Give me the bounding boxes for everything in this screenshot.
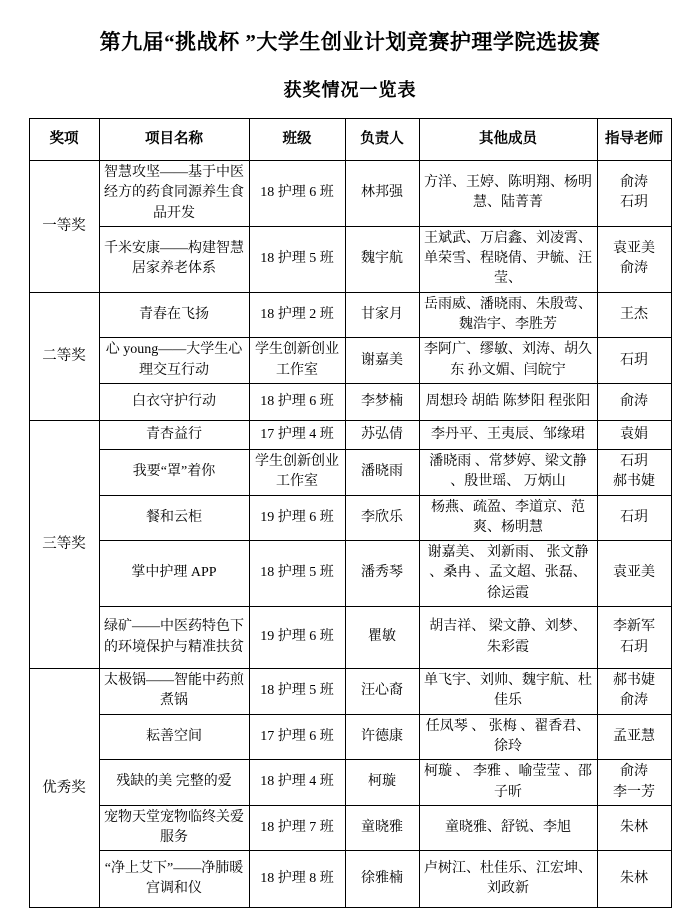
members-cell: 胡吉祥、 梁文静、刘梦、 朱彩霞 <box>419 607 597 669</box>
column-header-6: 指导老师 <box>597 119 671 161</box>
awards-table: 奖项项目名称班级负责人其他成员指导老师 一等奖智慧攻坚——基于中医经方的药食同源… <box>29 118 672 908</box>
award-cell: 三等奖 <box>29 420 99 668</box>
advisor-cell: 李新军 石玥 <box>597 607 671 669</box>
members-cell: 潘晓雨 、常梦婷、梁文静 、殷世瑶、 万炳山 <box>419 449 597 495</box>
leader-cell: 苏弘倩 <box>345 420 419 449</box>
members-cell: 卢树江、杜佳乐、江宏坤、刘政新 <box>419 851 597 908</box>
project-cell: 青春在飞扬 <box>99 292 249 338</box>
class-cell: 17 护理 4 班 <box>249 420 345 449</box>
class-cell: 18 护理 5 班 <box>249 541 345 607</box>
advisor-cell: 石玥 <box>597 495 671 541</box>
table-row: 耘善空间17 护理 6 班许德康任凤琴 、 张梅 、翟香君、徐玲孟亚慧 <box>29 714 671 760</box>
members-cell: 单飞宇、刘帅、魏宇航、杜佳乐 <box>419 669 597 715</box>
members-cell: 岳雨威、潘晓雨、朱殷莺、魏浩宇、李胜芳 <box>419 292 597 338</box>
column-header-3: 班级 <box>249 119 345 161</box>
advisor-cell: 俞涛 石玥 <box>597 161 671 227</box>
table-header-row: 奖项项目名称班级负责人其他成员指导老师 <box>29 119 671 161</box>
project-cell: 耘善空间 <box>99 714 249 760</box>
project-cell: 餐和云柜 <box>99 495 249 541</box>
table-row: 白衣守护行动18 护理 6 班李梦楠周想玲 胡皓 陈梦阳 程张阳俞涛 <box>29 383 671 420</box>
project-cell: 白衣守护行动 <box>99 383 249 420</box>
members-cell: 李丹平、王夷辰、邹缘珺 <box>419 420 597 449</box>
award-cell: 优秀奖 <box>29 669 99 908</box>
advisor-cell: 朱林 <box>597 805 671 851</box>
table-row: 心 young——大学生心理交互行动学生创新创业工作室谢嘉美李阿广、缪敏、刘涛、… <box>29 338 671 384</box>
table-row: 一等奖智慧攻坚——基于中医经方的药食同源养生食品开发18 护理 6 班林邦强方洋… <box>29 161 671 227</box>
members-cell: 谢嘉美、 刘新雨、 张文静 、桑冉 、孟文超、张磊、徐运霞 <box>419 541 597 607</box>
award-cell: 一等奖 <box>29 161 99 293</box>
advisor-cell: 朱林 <box>597 851 671 908</box>
members-cell: 柯璇 、 李雅 、喻莹莹 、邵子昕 <box>419 760 597 806</box>
class-cell: 18 护理 4 班 <box>249 760 345 806</box>
project-cell: 宠物天堂宠物临终关爱服务 <box>99 805 249 851</box>
class-cell: 18 护理 5 班 <box>249 669 345 715</box>
column-header-1: 奖项 <box>29 119 99 161</box>
leader-cell: 许德康 <box>345 714 419 760</box>
class-cell: 17 护理 6 班 <box>249 714 345 760</box>
advisor-cell: 郝书婕 俞涛 <box>597 669 671 715</box>
leader-cell: 林邦强 <box>345 161 419 227</box>
project-cell: 掌中护理 APP <box>99 541 249 607</box>
table-row: 掌中护理 APP18 护理 5 班潘秀琴谢嘉美、 刘新雨、 张文静 、桑冉 、孟… <box>29 541 671 607</box>
award-cell: 二等奖 <box>29 292 99 420</box>
table-row: 二等奖青春在飞扬18 护理 2 班甘家月岳雨威、潘晓雨、朱殷莺、魏浩宇、李胜芳王… <box>29 292 671 338</box>
column-header-4: 负责人 <box>345 119 419 161</box>
advisor-cell: 石玥 郝书婕 <box>597 449 671 495</box>
project-cell: 太极锅——智能中药煎煮锅 <box>99 669 249 715</box>
table-row: 残缺的美 完整的爱18 护理 4 班柯璇柯璇 、 李雅 、喻莹莹 、邵子昕俞涛 … <box>29 760 671 806</box>
advisor-cell: 俞涛 李一芳 <box>597 760 671 806</box>
document-title: 第九届“挑战杯 ”大学生创业计划竞赛护理学院选拔赛 <box>0 26 700 56</box>
leader-cell: 柯璇 <box>345 760 419 806</box>
class-cell: 18 护理 6 班 <box>249 383 345 420</box>
class-cell: 19 护理 6 班 <box>249 495 345 541</box>
class-cell: 18 护理 6 班 <box>249 161 345 227</box>
advisor-cell: 石玥 <box>597 338 671 384</box>
table-row: 三等奖青杏益行17 护理 4 班苏弘倩李丹平、王夷辰、邹缘珺袁娟 <box>29 420 671 449</box>
leader-cell: 甘家月 <box>345 292 419 338</box>
class-cell: 19 护理 6 班 <box>249 607 345 669</box>
leader-cell: 汪心裔 <box>345 669 419 715</box>
project-cell: 智慧攻坚——基于中医经方的药食同源养生食品开发 <box>99 161 249 227</box>
column-header-5: 其他成员 <box>419 119 597 161</box>
members-cell: 方洋、王婷、陈明翔、杨明慧、陆菁菁 <box>419 161 597 227</box>
project-cell: 我要“罩”着你 <box>99 449 249 495</box>
leader-cell: 瞿敏 <box>345 607 419 669</box>
members-cell: 李阿广、缪敏、刘涛、胡久东 孙文媚、闫皖宁 <box>419 338 597 384</box>
table-row: 宠物天堂宠物临终关爱服务18 护理 7 班童晓雅童晓雅、舒锐、李旭朱林 <box>29 805 671 851</box>
project-cell: “净上艾下”——净肺暖宫调和仪 <box>99 851 249 908</box>
advisor-cell: 王杰 <box>597 292 671 338</box>
members-cell: 童晓雅、舒锐、李旭 <box>419 805 597 851</box>
table-row: “净上艾下”——净肺暖宫调和仪18 护理 8 班徐雅楠卢树江、杜佳乐、江宏坤、刘… <box>29 851 671 908</box>
table-row: 优秀奖太极锅——智能中药煎煮锅18 护理 5 班汪心裔单飞宇、刘帅、魏宇航、杜佳… <box>29 669 671 715</box>
class-cell: 18 护理 2 班 <box>249 292 345 338</box>
table-row: 绿矿——中医药特色下的环境保护与精准扶贫19 护理 6 班瞿敏胡吉祥、 梁文静、… <box>29 607 671 669</box>
members-cell: 任凤琴 、 张梅 、翟香君、徐玲 <box>419 714 597 760</box>
members-cell: 杨燕、疏盈、李道京、范爽、杨明慧 <box>419 495 597 541</box>
project-cell: 青杏益行 <box>99 420 249 449</box>
project-cell: 心 young——大学生心理交互行动 <box>99 338 249 384</box>
project-cell: 千米安康——构建智慧居家养老体系 <box>99 226 249 292</box>
advisor-cell: 孟亚慧 <box>597 714 671 760</box>
class-cell: 学生创新创业工作室 <box>249 449 345 495</box>
class-cell: 18 护理 5 班 <box>249 226 345 292</box>
class-cell: 18 护理 7 班 <box>249 805 345 851</box>
table-row: 餐和云柜19 护理 6 班李欣乐杨燕、疏盈、李道京、范爽、杨明慧石玥 <box>29 495 671 541</box>
class-cell: 18 护理 8 班 <box>249 851 345 908</box>
table-row: 千米安康——构建智慧居家养老体系18 护理 5 班魏宇航王斌武、万启鑫、刘凌霄、… <box>29 226 671 292</box>
class-cell: 学生创新创业工作室 <box>249 338 345 384</box>
document-subtitle: 获奖情况一览表 <box>0 76 700 102</box>
leader-cell: 魏宇航 <box>345 226 419 292</box>
advisor-cell: 袁亚美 俞涛 <box>597 226 671 292</box>
leader-cell: 李梦楠 <box>345 383 419 420</box>
advisor-cell: 袁娟 <box>597 420 671 449</box>
leader-cell: 徐雅楠 <box>345 851 419 908</box>
leader-cell: 童晓雅 <box>345 805 419 851</box>
members-cell: 周想玲 胡皓 陈梦阳 程张阳 <box>419 383 597 420</box>
leader-cell: 李欣乐 <box>345 495 419 541</box>
column-header-2: 项目名称 <box>99 119 249 161</box>
table-row: 我要“罩”着你学生创新创业工作室潘晓雨潘晓雨 、常梦婷、梁文静 、殷世瑶、 万炳… <box>29 449 671 495</box>
advisor-cell: 俞涛 <box>597 383 671 420</box>
document-page: 第九届“挑战杯 ”大学生创业计划竞赛护理学院选拔赛 获奖情况一览表 奖项项目名称… <box>0 0 700 850</box>
leader-cell: 潘晓雨 <box>345 449 419 495</box>
leader-cell: 谢嘉美 <box>345 338 419 384</box>
leader-cell: 潘秀琴 <box>345 541 419 607</box>
project-cell: 残缺的美 完整的爱 <box>99 760 249 806</box>
advisor-cell: 袁亚美 <box>597 541 671 607</box>
project-cell: 绿矿——中医药特色下的环境保护与精准扶贫 <box>99 607 249 669</box>
members-cell: 王斌武、万启鑫、刘凌霄、单荣雪、程晓倩、尹毓、汪莹、 <box>419 226 597 292</box>
